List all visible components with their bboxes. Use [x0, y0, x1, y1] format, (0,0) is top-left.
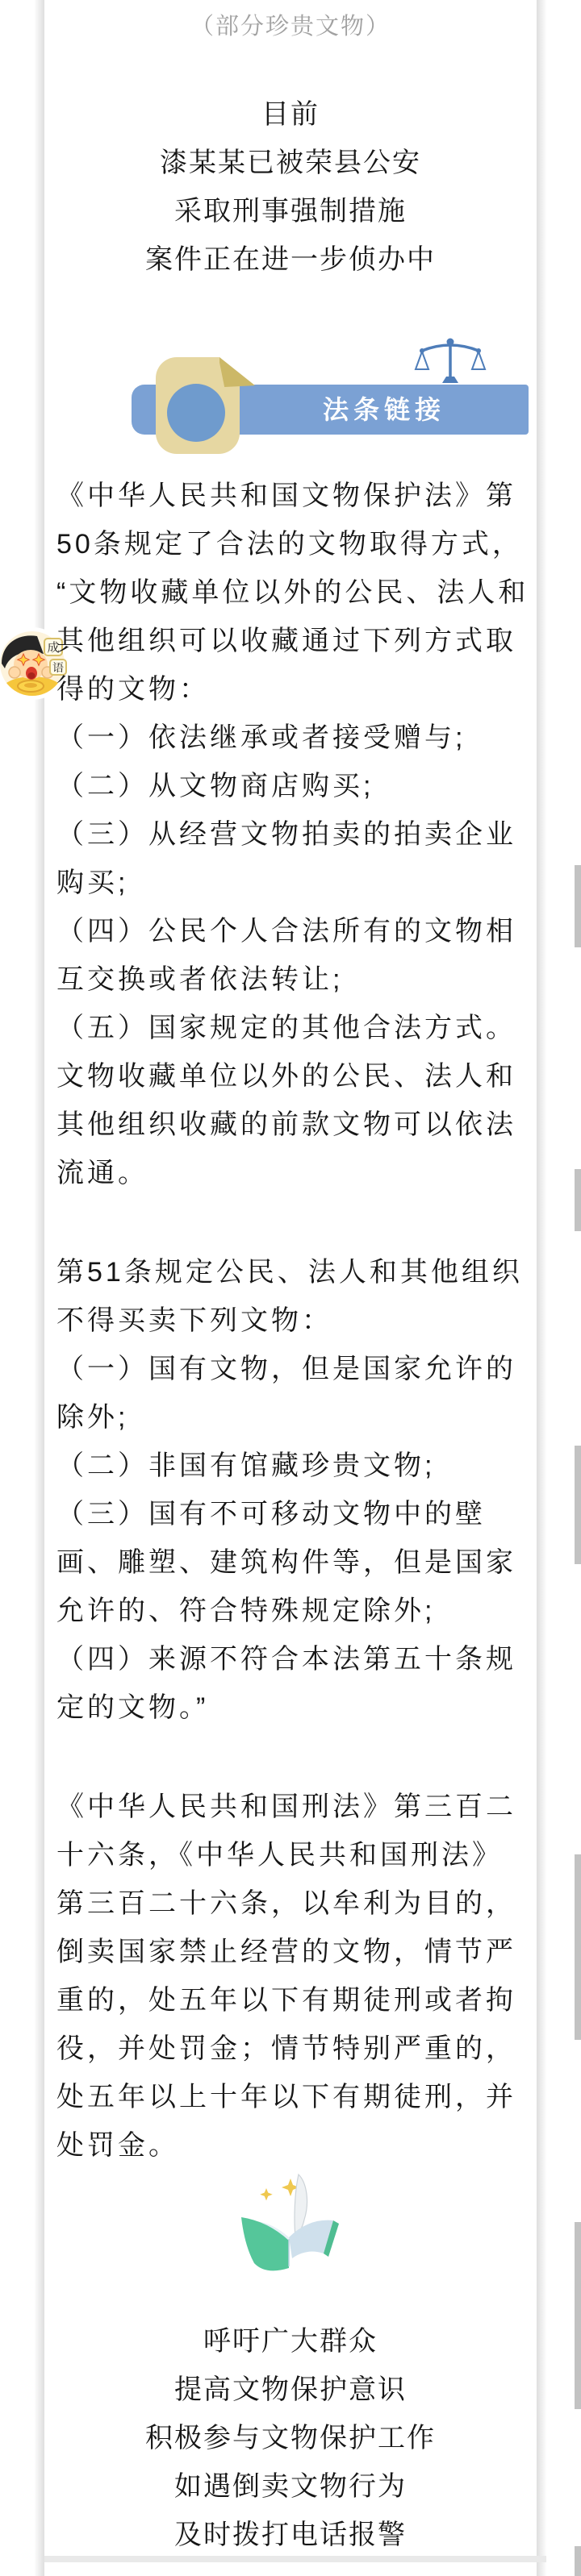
- badge-title: 法条链接: [240, 385, 529, 435]
- case-status-section: 目前漆某某已被荣县公安采取刑事强制措施案件正在进一步侦办中: [44, 90, 537, 284]
- law-text-line: 十六条，《中华人民共和国刑法》: [56, 1831, 526, 1879]
- law-text-line: （五）国家规定的其他合法方式。: [56, 1004, 526, 1052]
- law-text-line: 重的，处五年以下有期徒刑或者拘: [56, 1976, 526, 2025]
- scrollbar-thumb[interactable]: [575, 1854, 581, 2040]
- law-text-section: 《中华人民共和国文物保护法》第50条规定了合法的文物取得方式，“文物收藏单位以外…: [56, 472, 526, 2170]
- law-text-line: 第三百二十六条，以牟利为目的，: [56, 1879, 526, 1928]
- law-text-line: 文物收藏单位以外的公民、法人和: [56, 1052, 526, 1101]
- appeal-section: 呼吁广大群众提高文物保护意识积极参与文物保护工作如遇倒卖文物行为及时拨打电话报警: [44, 2317, 537, 2559]
- law-text-line: “文物收藏单位以外的公民、法人和: [56, 568, 526, 617]
- law-text-line: 定的文物。”: [56, 1683, 526, 1732]
- folder-circle-mark: [167, 384, 225, 442]
- law-paragraph: 《中华人民共和国刑法》第三百二十六条，《中华人民共和国刑法》第三百二十六条，以牟…: [56, 1783, 526, 2170]
- law-text-line: 倒卖国家禁止经营的文物，情节严: [56, 1928, 526, 1976]
- law-text-line: 其他组织收藏的前款文物可以依法: [56, 1101, 526, 1149]
- scrollbar-thumb[interactable]: [575, 1446, 581, 1564]
- law-text-line: （二）从文物商店购买;: [56, 762, 526, 810]
- appeal-line: 提高文物保护意识: [44, 2366, 537, 2414]
- law-text-line: 50条规定了合法的文物取得方式，: [56, 520, 526, 568]
- appeal-line: 如遇倒卖文物行为: [44, 2462, 537, 2511]
- sparkle-icon-small: [260, 2188, 272, 2200]
- law-text-line: 购买;: [56, 859, 526, 907]
- law-text-line: （四）来源不符合本法第五十条规: [56, 1635, 526, 1683]
- law-text-line: 役，并处罚金；情节特别严重的，: [56, 2025, 526, 2073]
- law-text-line: 流通。: [56, 1149, 526, 1197]
- law-text-line: 处罚金。: [56, 2121, 526, 2170]
- bottom-divider: [44, 2556, 546, 2562]
- law-text-line: 不得买卖下列文物：: [56, 1296, 526, 1345]
- law-text-line: 允许的、符合特殊规定除外;: [56, 1587, 526, 1635]
- open-book-illustration: [228, 2171, 349, 2272]
- law-text-line: 画、雕塑、建筑构件等，但是国家: [56, 1538, 526, 1587]
- card-right-shadow: [537, 0, 547, 2576]
- law-text-line: 第51条规定公民、法人和其他组织: [56, 1248, 526, 1296]
- law-text-line: 《中华人民共和国文物保护法》第: [56, 472, 526, 520]
- appeal-line: 呼吁广大群众: [44, 2317, 537, 2366]
- law-text-line: （一）国有文物，但是国家允许的: [56, 1345, 526, 1393]
- law-paragraph: 第51条规定公民、法人和其他组织不得买卖下列文物：（一）国有文物，但是国家允许的…: [56, 1248, 526, 1732]
- caption-partial-relics: （部分珍贵文物）: [44, 8, 537, 45]
- law-text-line: （二）非国有馆藏珍贵文物;: [56, 1442, 526, 1490]
- law-text-line: 处五年以上十年以下有期徒刑，并: [56, 2073, 526, 2121]
- case-status-line: 漆某某已被荣县公安: [44, 139, 537, 187]
- folder-fold-corner: [219, 357, 255, 387]
- law-text-line: 《中华人民共和国刑法》第三百二: [56, 1783, 526, 1831]
- appeal-line: 积极参与文物保护工作: [44, 2414, 537, 2462]
- article-page: （部分珍贵文物） 目前漆某某已被荣县公安采取刑事强制措施案件正在进一步侦办中 法…: [0, 0, 581, 2576]
- case-status-line: 案件正在进一步侦办中: [44, 235, 537, 284]
- law-paragraph: 《中华人民共和国文物保护法》第50条规定了合法的文物取得方式，“文物收藏单位以外…: [56, 472, 526, 1197]
- law-text-line: 得的文物：: [56, 665, 526, 714]
- scrollbar-thumb[interactable]: [575, 1169, 581, 1231]
- appeal-line: 及时拨打电话报警: [44, 2511, 537, 2559]
- law-text-line: （四）公民个人合法所有的文物相: [56, 907, 526, 955]
- scrollbar-thumb[interactable]: [575, 2546, 581, 2576]
- law-text-line: 互交换或者依法转让;: [56, 955, 526, 1004]
- case-status-line: 采取刑事强制措施: [44, 187, 537, 235]
- scrollbar-thumb[interactable]: [575, 2222, 581, 2409]
- card-left-shadow: [34, 0, 44, 2576]
- law-text-line: （三）从经营文物拍卖的拍卖企业: [56, 810, 526, 859]
- law-text-line: 除外;: [56, 1393, 526, 1442]
- scrollbar-thumb[interactable]: [575, 865, 581, 947]
- scales-of-justice-icon: [414, 337, 487, 385]
- law-text-line: 其他组织可以收藏通过下列方式取: [56, 617, 526, 665]
- law-text-line: （三）国有不可移动文物中的壁: [56, 1490, 526, 1538]
- case-status-line: 目前: [44, 90, 537, 139]
- law-text-line: （一）依法继承或者接受赠与;: [56, 714, 526, 762]
